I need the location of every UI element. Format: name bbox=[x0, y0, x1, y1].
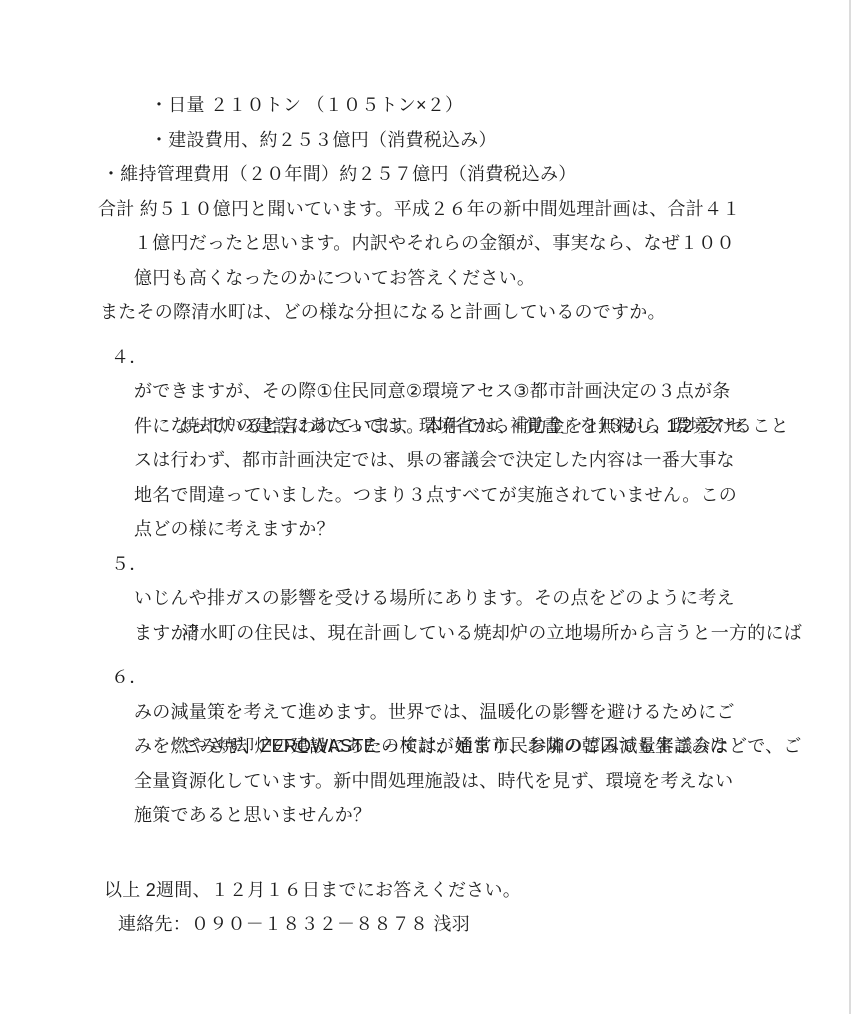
bullet-maintenance-cost: ・維持管理費用（２０年間）約２５７億円（消費税込み） bbox=[0, 157, 852, 192]
bullet-daily-tonnage: ・日量 ２１０トン （１０５トン×２） bbox=[0, 88, 852, 123]
total-paragraph-line-2: １億円だったと思います。内訳やそれらの金額が、事実なら、なぜ１００ bbox=[0, 226, 852, 261]
question-5-number: ５． bbox=[111, 547, 148, 582]
total-paragraph-line-4: またその際清水町は、どの様な分担になると計画しているのですか。 bbox=[0, 295, 852, 330]
question-5-line-2: いじんや排ガスの影響を受ける場所にあります。その点をどのように考え bbox=[0, 581, 852, 616]
question-6-text: ごみ焼却炉の建設にあたっては、通常市民参加のごみ減量審議会などで、ご bbox=[182, 736, 802, 756]
question-5-first-line: ５． 清水町の住民は、現在計画している焼却炉の立地場所から言うと一方的にば bbox=[0, 547, 852, 582]
question-4-number: ４． bbox=[111, 340, 148, 375]
question-6-line-5: 施策であると思いませんか？ bbox=[0, 798, 852, 833]
question-6-line-2: みの減量策を考えて進めます。世界では、温暖化の影響を避けるためにご bbox=[0, 695, 852, 730]
document-body: ・日量 ２１０トン （１０５トン×２） ・建設費用、約２５３億円（消費税込み） … bbox=[0, 88, 852, 942]
contact-line: 連絡先：０９０－１８３２－８８７８ 浅羽 bbox=[0, 907, 852, 942]
question-4-line-6: 点どの様に考えますか？ bbox=[0, 512, 852, 547]
total-paragraph-line-3: 億円も高くなったのかについてお答えください。 bbox=[0, 261, 852, 296]
question-4-line-5: 地名で間違っていました。つまり３点すべてが実施されていません。この bbox=[0, 478, 852, 513]
question-4-text: 焼却炉の建設にあたっては、環境省から補助金を１/３から 1/2 受けること bbox=[182, 416, 789, 436]
document-page: ・日量 ２１０トン （１０５トン×２） ・建設費用、約２５３億円（消費税込み） … bbox=[0, 0, 852, 1024]
question-6-line-4: 全量資源化しています。新中間処理施設は、時代を見ず、環境を考えない bbox=[0, 764, 852, 799]
bullet-construction-cost: ・建設費用、約２５３億円（消費税込み） bbox=[0, 123, 852, 158]
question-5-text: 清水町の住民は、現在計画している焼却炉の立地場所から言うと一方的にば bbox=[182, 623, 803, 643]
total-paragraph-line-1: 合計 約５１０億円と聞いています。平成２６年の新中間処理計画は、合計４１ bbox=[0, 192, 852, 227]
question-6-number: ６． bbox=[111, 660, 148, 695]
question-4-line-4: スは行わず、都市計画決定では、県の審議会で決定した内容は一番大事な bbox=[0, 443, 852, 478]
question-4-first-line: ４． 焼却炉の建設にあたっては、環境省から補助金を１/３から 1/2 受けること bbox=[0, 340, 852, 375]
question-4-line-2: ができますが、その際①住民同意②環境アセス③都市計画決定の３点が条 bbox=[0, 374, 852, 409]
closing-deadline-line: 以上 2週間、１２月１６日までにお答えください。 bbox=[0, 873, 852, 908]
question-6-first-line: ６． ごみ焼却炉の建設にあたっては、通常市民参加のごみ減量審議会などで、ご bbox=[0, 660, 852, 695]
